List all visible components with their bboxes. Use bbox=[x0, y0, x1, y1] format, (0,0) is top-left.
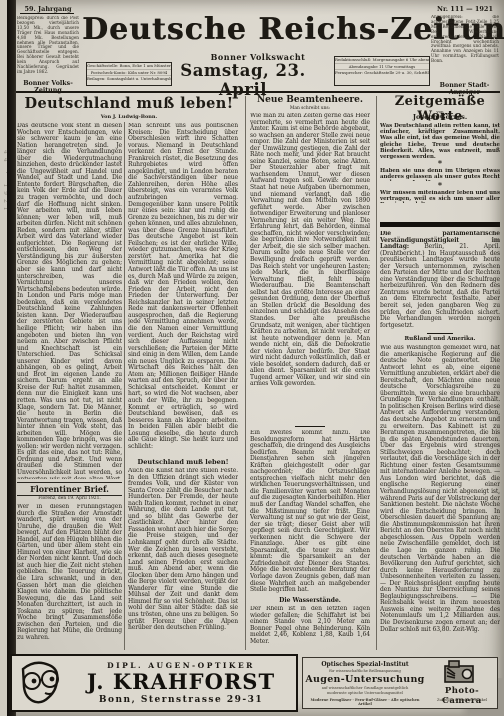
ad-detail-line: auf wissenschaftlicher Grundlage unentge… bbox=[305, 686, 425, 690]
article-text: Man schreibt uns aus politischen Kreisen… bbox=[128, 123, 238, 456]
article-text-continued: Berlin, 21. April. (Drahtbericht.) Im Ha… bbox=[380, 243, 500, 329]
ad-company-name: J. KRAHFORST bbox=[70, 671, 292, 693]
lead-byline: Von J. Ludwig-Bonn. bbox=[16, 114, 242, 120]
issue-number: Nr. 111 — 1921 bbox=[431, 5, 499, 13]
column-divider bbox=[376, 96, 377, 650]
masthead-volume: 59. Jahrgang bbox=[17, 5, 79, 13]
section-divider bbox=[295, 426, 325, 427]
office-box-row: Beilagen: Sonntagsblatt u. Unterhaltungs… bbox=[87, 76, 171, 82]
goerres-quote: Was Deutschland allein retten kann, ist … bbox=[380, 123, 500, 159]
star-separator: * bbox=[380, 182, 500, 188]
masthead-left-info: Bezugspreis: durch die Post bezogen vier… bbox=[17, 16, 79, 76]
ad-exam-line: Augen-Untersuchung bbox=[303, 674, 427, 685]
article-text: Der Rhein ist in den letzten Tagen wiede… bbox=[250, 606, 370, 648]
ad-photo-line: Photo-Camera bbox=[429, 686, 495, 706]
article-text: Wie man zu alten Zeiten gerne das Heer v… bbox=[250, 113, 370, 423]
ad-sub-line: für wissenschaftliche Brillenanpassung bbox=[305, 669, 425, 673]
office-box-row: Postscheck-Konto: Köln unter Nr. 8094 bbox=[87, 70, 171, 77]
editorial-box-row: Fernsprecher: Geschäftsstelle 29 u. 30, … bbox=[335, 70, 429, 76]
ad-detail-line: modernste optische Untersuchungsmittel bbox=[305, 691, 425, 695]
scan-edge-strip bbox=[7, 0, 16, 716]
optics-photo-ad: Optisches Spezial-Institut für wissensch… bbox=[302, 657, 498, 709]
florence-dateline: Florenz, den 19. April 1921. bbox=[17, 496, 122, 501]
optician-ad: DIPL. AUGEN-OPTIKER J. KRAHFORST Bonn, S… bbox=[10, 654, 298, 712]
article-text: Die parlamentarische Verständigungstätig… bbox=[380, 231, 500, 330]
black-bar-separator bbox=[380, 222, 500, 227]
lead-headline: Deutschland muß leben! bbox=[16, 95, 242, 112]
editorial-box: Redaktionsschluß: Morgenausgabe 6 Uhr ab… bbox=[334, 56, 430, 86]
article-text: Das deutsche Volk steht in diesen Wochen… bbox=[17, 123, 122, 479]
beamten-headline: Neue Beamtenheere. bbox=[250, 95, 370, 105]
glasses-face-icon bbox=[15, 659, 69, 707]
goerres-quote: Wir müssen miteinander leben und uns ver… bbox=[380, 190, 500, 203]
column-divider bbox=[124, 122, 125, 650]
article-text: Wie aus Washington gemeldet wird, hat di… bbox=[380, 345, 500, 648]
editorial-box-row: Abendausgabe 11 Uhr vormittags bbox=[335, 64, 429, 71]
ad-address-line: Bonn, Sternstrasse 29-31 bbox=[74, 695, 288, 705]
camera-icon bbox=[443, 660, 477, 684]
masthead-right-info: Anzeigenpreis: die achtgespaltene Petit-… bbox=[431, 15, 499, 77]
article-text: Ein zweites kommt hinzu. Die Besoldungsr… bbox=[250, 430, 370, 595]
newspaper-page: 44 · 1921 59. Jahrgang Bezugspreis: durc… bbox=[0, 0, 504, 716]
goerres-author: Joseph Görres. bbox=[380, 113, 500, 121]
star-separator: * bbox=[380, 160, 500, 166]
office-box-row: Geschäftsstelle: Bonn, Ecke 1 am Münster… bbox=[87, 63, 171, 70]
article-text: Auch die Kunst hat ihre stillen Feste. I… bbox=[128, 468, 238, 648]
masthead-rule bbox=[16, 91, 500, 93]
office-box: Geschäftsstelle: Bonn, Ecke 1 am Münster… bbox=[86, 62, 172, 86]
editorial-box-row: Redaktionsschluß: Morgenausgabe 6 Uhr ab… bbox=[335, 57, 429, 64]
russia-america-subhead: Rußland und Amerika. bbox=[380, 336, 500, 342]
ad-photo-sub-line: Zubehör- u. Bedarfs-Artikel bbox=[429, 698, 495, 702]
water-levels-subhead: Die Wasserstände. bbox=[250, 597, 370, 604]
newspaper-title: Deutsche Reichs-Zeitung bbox=[82, 12, 434, 47]
section-divider bbox=[427, 333, 453, 334]
ad-detail-line: Moderne Ferngläser · Fern-Ruf-Gläser · A… bbox=[305, 698, 425, 707]
column-divider bbox=[245, 96, 246, 650]
divider bbox=[20, 13, 74, 14]
issue-date: Samstag, 23. April bbox=[172, 61, 314, 99]
article-text: Wer in diesen Frühlingstagen durch die S… bbox=[17, 504, 122, 648]
lead-closing-line: Deutschland muß leben! bbox=[128, 458, 238, 466]
beamten-subline: Man schreibt uns: bbox=[250, 106, 370, 111]
florence-headline: Florentiner Brief. bbox=[17, 482, 122, 496]
ad-institute-line: Optisches Spezial-Institut bbox=[305, 661, 425, 668]
